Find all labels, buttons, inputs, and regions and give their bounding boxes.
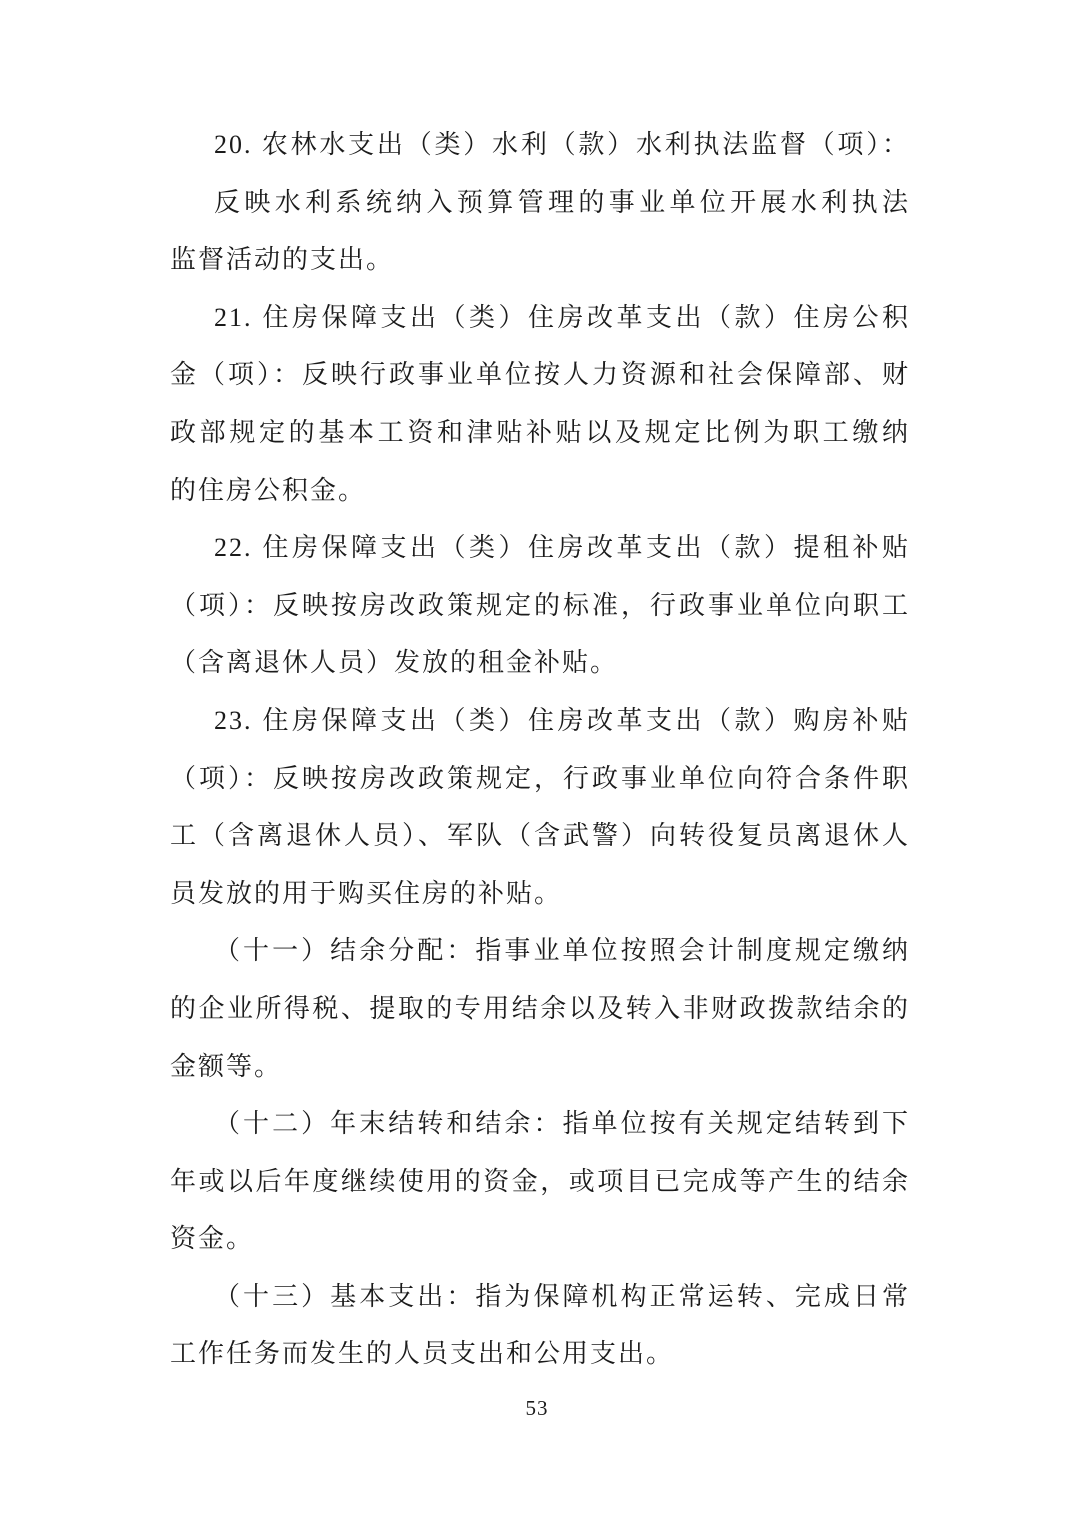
text-line: （含离退休人员）发放的租金补贴。 bbox=[170, 634, 910, 692]
paragraph-item-11: （十一）结余分配：指事业单位按照会计制度规定缴纳 的企业所得税、提取的专用结余以… bbox=[170, 922, 910, 1095]
text-line: 23. 住房保障支出（类）住房改革支出（款）购房补贴 bbox=[170, 692, 910, 750]
text-line: 的企业所得税、提取的专用结余以及转入非财政拨款结余的 bbox=[170, 980, 910, 1038]
text-line: （项）：反映按房改政策规定，行政事业单位向符合条件职 bbox=[170, 750, 910, 808]
text-line: （十三）基本支出：指为保障机构正常运转、完成日常 bbox=[170, 1268, 910, 1326]
text-line: 20. 农林水支出（类）水利（款）水利执法监督（项）： bbox=[170, 116, 910, 174]
text-line: 政部规定的基本工资和津贴补贴以及规定比例为职工缴纳 bbox=[170, 404, 910, 462]
paragraph-item-13: （十三）基本支出：指为保障机构正常运转、完成日常 工作任务而发生的人员支出和公用… bbox=[170, 1268, 910, 1383]
text-line: 21. 住房保障支出（类）住房改革支出（款）住房公积 bbox=[170, 289, 910, 347]
text-line: 金额等。 bbox=[170, 1038, 910, 1096]
document-body: 20. 农林水支出（类）水利（款）水利执法监督（项）： 反映水利系统纳入预算管理… bbox=[170, 116, 910, 1383]
text-line: （十二）年末结转和结余：指单位按有关规定结转到下 bbox=[170, 1095, 910, 1153]
paragraph-item-20: 20. 农林水支出（类）水利（款）水利执法监督（项）： 反映水利系统纳入预算管理… bbox=[170, 116, 910, 289]
text-line: 22. 住房保障支出（类）住房改革支出（款）提租补贴 bbox=[170, 519, 910, 577]
text-line: 金（项）：反映行政事业单位按人力资源和社会保障部、财 bbox=[170, 346, 910, 404]
text-line: 的住房公积金。 bbox=[170, 462, 910, 520]
text-line: 年或以后年度继续使用的资金，或项目已完成等产生的结余 bbox=[170, 1153, 910, 1211]
text-line: （十一）结余分配：指事业单位按照会计制度规定缴纳 bbox=[170, 922, 910, 980]
text-line: 员发放的用于购买住房的补贴。 bbox=[170, 865, 910, 923]
paragraph-item-21: 21. 住房保障支出（类）住房改革支出（款）住房公积 金（项）：反映行政事业单位… bbox=[170, 289, 910, 519]
document-page: 20. 农林水支出（类）水利（款）水利执法监督（项）： 反映水利系统纳入预算管理… bbox=[0, 0, 1074, 1520]
page-number: 53 bbox=[0, 1396, 1074, 1421]
text-line: 资金。 bbox=[170, 1210, 910, 1268]
text-line: 监督活动的支出。 bbox=[170, 231, 910, 289]
text-line: 工作任务而发生的人员支出和公用支出。 bbox=[170, 1325, 910, 1383]
paragraph-item-23: 23. 住房保障支出（类）住房改革支出（款）购房补贴 （项）：反映按房改政策规定… bbox=[170, 692, 910, 922]
text-line: 工（含离退休人员）、军队（含武警）向转役复员离退休人 bbox=[170, 807, 910, 865]
paragraph-item-22: 22. 住房保障支出（类）住房改革支出（款）提租补贴 （项）：反映按房改政策规定… bbox=[170, 519, 910, 692]
text-line: 反映水利系统纳入预算管理的事业单位开展水利执法 bbox=[170, 174, 910, 232]
text-line: （项）：反映按房改政策规定的标准，行政事业单位向职工 bbox=[170, 577, 910, 635]
paragraph-item-12: （十二）年末结转和结余：指单位按有关规定结转到下 年或以后年度继续使用的资金，或… bbox=[170, 1095, 910, 1268]
